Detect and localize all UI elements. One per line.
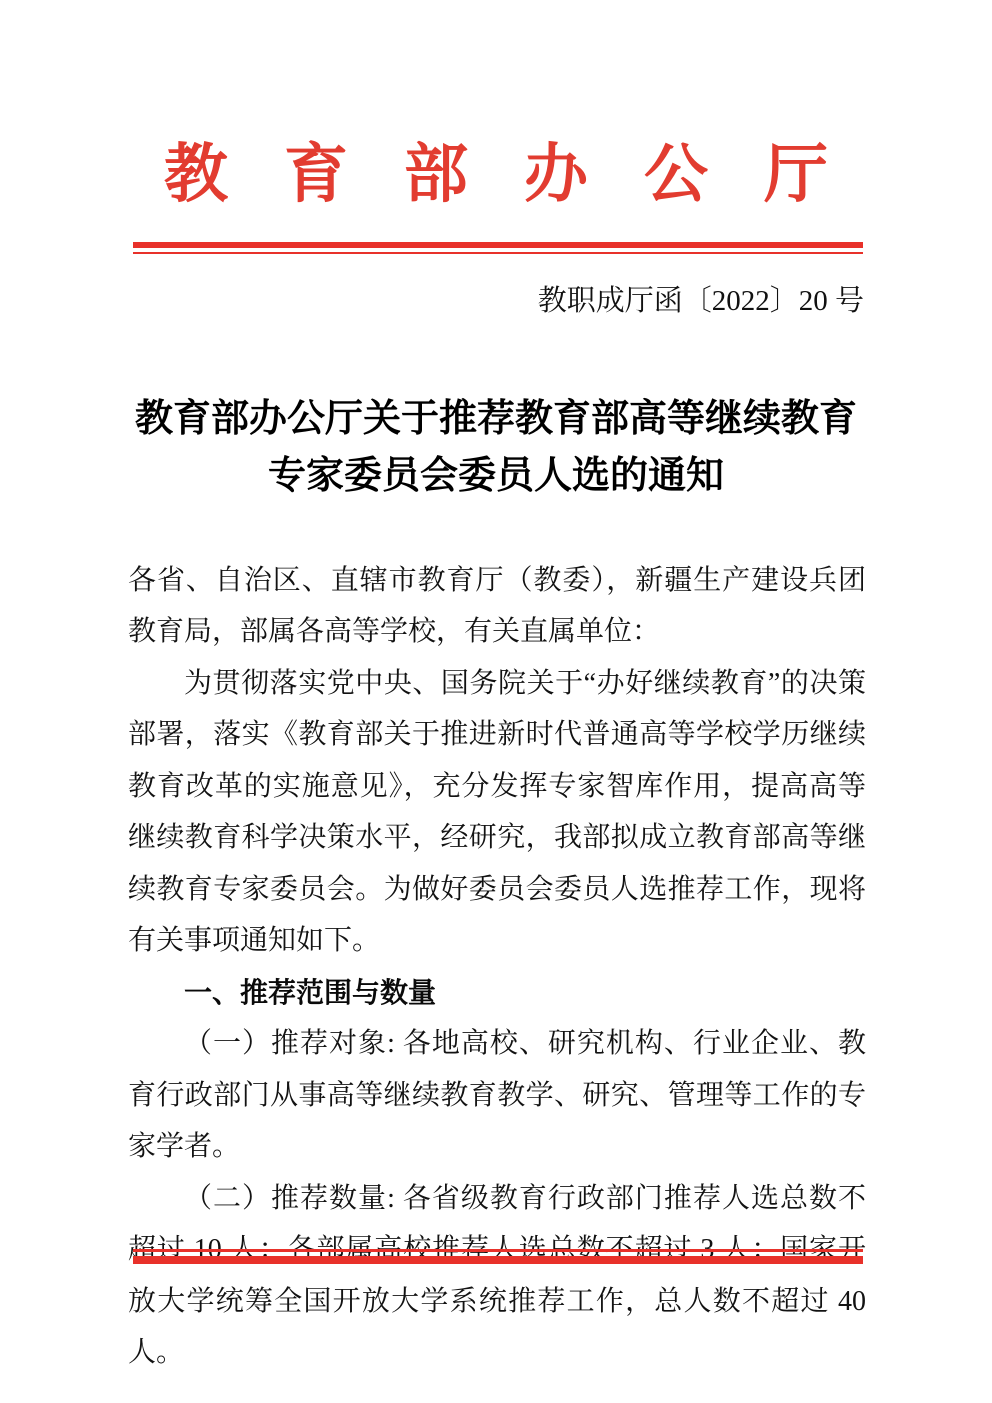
item1-paragraph: （一）推荐对象: 各地高校、研究机构、行业企业、教育行政部门从事高等继续教育教学… (128, 1018, 866, 1173)
document-title: 教育部办公厅关于推荐教育部高等继续教育 专家委员会委员人选的通知 (0, 391, 992, 505)
header-rule-thick (133, 242, 863, 248)
item2-paragraph: （二）推荐数量: 各省级教育行政部门推荐人选总数不超过 10 人；各部属高校推荐… (128, 1173, 866, 1379)
document-reference-number: 教职成厅函〔2022〕20 号 (0, 284, 992, 319)
footer-rule-thick (133, 1256, 863, 1264)
section1-heading: 一、推荐范围与数量 (128, 967, 866, 1019)
agency-letterhead-title: 教育部办公厅 (0, 143, 992, 207)
header-divider (133, 242, 863, 254)
salutation-paragraph: 各省、自治区、直辖市教育厅（教委），新疆生产建设兵团教育局，部属各高等学校，有关… (128, 555, 866, 658)
header-rule-thin (133, 252, 863, 254)
document-title-line2: 专家委员会委员人选的通知 (0, 448, 992, 505)
intro-paragraph: 为贯彻落实党中央、国务院关于“办好继续教育”的决策部署，落实《教育部关于推进新时… (128, 658, 866, 967)
document-title-line1: 教育部办公厅关于推荐教育部高等继续教育 (0, 391, 992, 448)
document-page: 教育部办公厅 教职成厅函〔2022〕20 号 教育部办公厅关于推荐教育部高等继续… (0, 0, 992, 1403)
footer-divider (133, 1249, 863, 1264)
footer-rule-thin (133, 1249, 863, 1252)
